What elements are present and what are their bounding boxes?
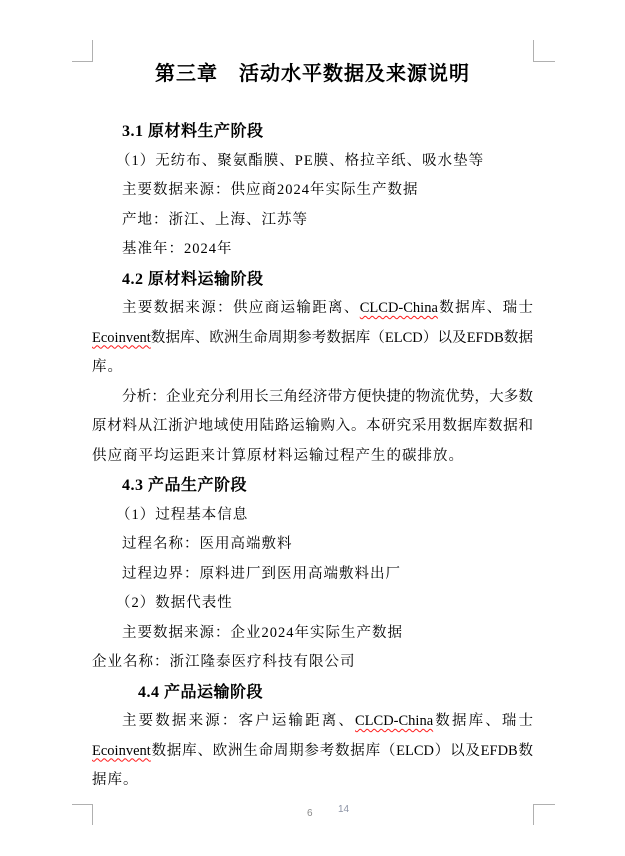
section-heading-4-4: 4.4 产品运输阶段: [92, 678, 533, 708]
text-line: 基准年：2024年: [92, 235, 533, 265]
crop-mark-top-right: [533, 40, 555, 62]
page-number-right: 14: [338, 804, 349, 815]
page-number-left: 6: [307, 808, 313, 819]
document-page: 第三章 活动水平数据及来源说明 3.1 原材料生产阶段 （1）无纺布、聚氨酯膜、…: [0, 0, 625, 856]
section-heading-3-1: 3.1 原材料生产阶段: [92, 117, 533, 147]
text-segment: 数据库、欧洲生命周期参考数据库（ELCD）以及EFDB数据: [151, 330, 533, 346]
spellcheck-underline: Ecoinvent: [92, 330, 151, 346]
text-segment: 数据库、瑞士: [433, 713, 533, 729]
text-segment: 数据库、欧洲生命周期参考数据库（ELCD）以及EFDB数: [151, 743, 533, 759]
text-line: Ecoinvent数据库、欧洲生命周期参考数据库（ELCD）以及EFDB数据: [92, 324, 533, 354]
text-line: 产地：浙江、上海、江苏等: [92, 206, 533, 236]
text-line: 主要数据来源：供应商2024年实际生产数据: [92, 176, 533, 206]
text-line: 主要数据来源：企业2024年实际生产数据: [92, 619, 533, 649]
text-line: 供应商平均运距来计算原材料运输过程产生的碳排放。: [92, 442, 533, 472]
text-line: 主要数据来源：客户运输距离、CLCD-China数据库、瑞士: [92, 707, 533, 737]
text-line: 分析：企业充分利用长三角经济带方便快捷的物流优势，大多数: [92, 383, 533, 413]
section-heading-4-2: 4.2 原材料运输阶段: [92, 265, 533, 295]
text-line: （2）数据代表性: [92, 589, 533, 619]
text-line: （1）无纺布、聚氨酯膜、PE膜、格拉辛纸、吸水垫等: [92, 147, 533, 177]
text-line: 原材料从江浙沪地域使用陆路运输购入。本研究采用数据库数据和: [92, 412, 533, 442]
page-footer: 6 14: [0, 802, 625, 820]
text-line: 过程名称：医用高端敷料: [92, 530, 533, 560]
section-heading-4-3: 4.3 产品生产阶段: [92, 471, 533, 501]
document-body: 第三章 活动水平数据及来源说明 3.1 原材料生产阶段 （1）无纺布、聚氨酯膜、…: [92, 57, 533, 796]
text-line: 企业名称：浙江隆泰医疗科技有限公司: [92, 648, 533, 678]
spellcheck-underline: CLCD-China: [360, 300, 438, 316]
text-line: 主要数据来源：供应商运输距离、CLCD-China数据库、瑞士: [92, 294, 533, 324]
text-segment: 主要数据来源：供应商运输距离、: [122, 300, 360, 316]
chapter-title: 第三章 活动水平数据及来源说明: [92, 57, 533, 92]
text-line: Ecoinvent数据库、欧洲生命周期参考数据库（ELCD）以及EFDB数: [92, 737, 533, 767]
spellcheck-underline: Ecoinvent: [92, 743, 151, 759]
text-line: （1）过程基本信息: [92, 501, 533, 531]
crop-mark-top-left: [72, 40, 93, 62]
text-line: 过程边界：原料进厂到医用高端敷料出厂: [92, 560, 533, 590]
text-line: 据库。: [92, 766, 533, 796]
text-line: 库。: [92, 353, 533, 383]
text-segment: 数据库、瑞士: [438, 300, 533, 316]
spellcheck-underline: CLCD-China: [355, 713, 433, 729]
text-segment: 主要数据来源：客户运输距离、: [122, 713, 355, 729]
